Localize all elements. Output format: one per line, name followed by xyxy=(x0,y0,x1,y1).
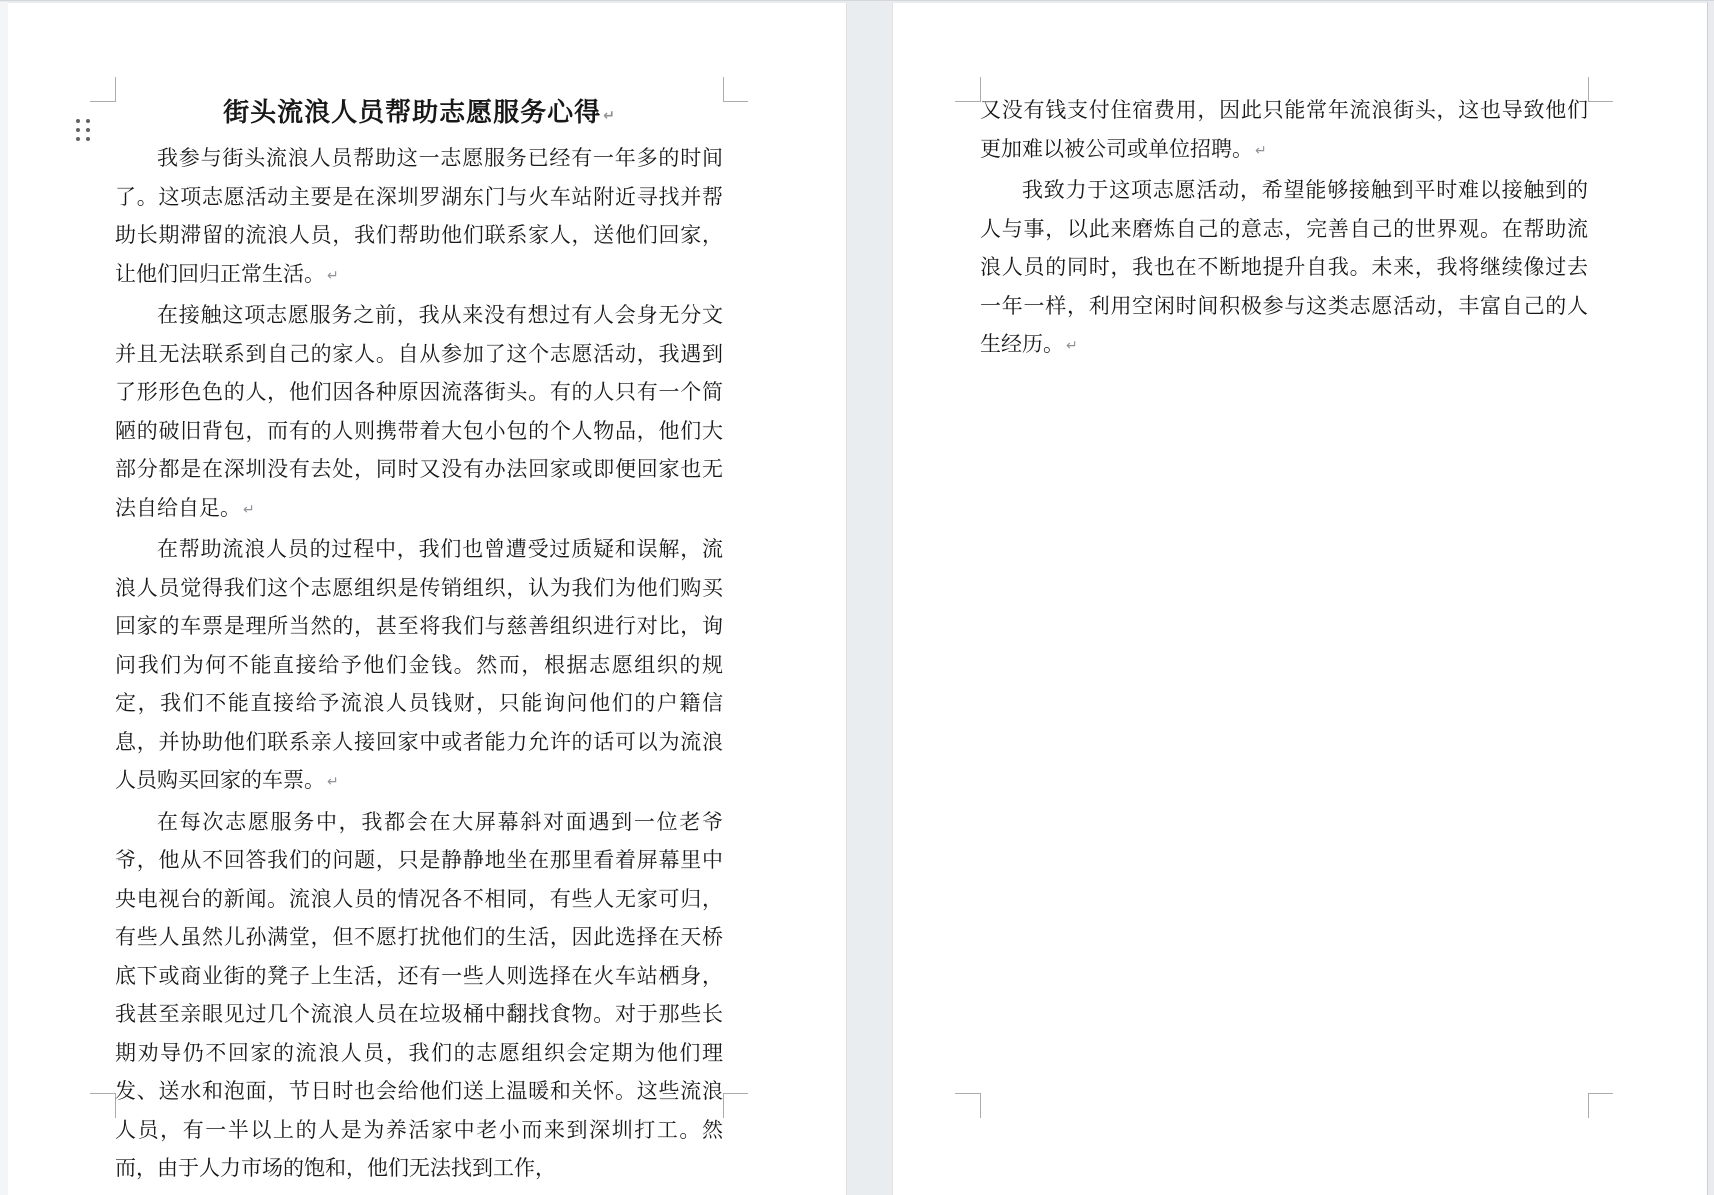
paragraph[interactable]: 我致力于这项志愿活动，希望能够接触到平时难以接触到的人与事，以此来磨炼自己的意志… xyxy=(980,171,1588,367)
editor-canvas: 街头流浪人员帮助志愿服务心得↵ 我参与街头流浪人员帮助这一志愿服务已经有一年多的… xyxy=(0,0,1714,1195)
paragraph-mark-icon: ↵ xyxy=(603,94,615,138)
paragraph-mark-icon: ↵ xyxy=(1255,132,1267,171)
crop-mark xyxy=(1588,101,1613,102)
crop-mark xyxy=(90,101,115,102)
crop-mark xyxy=(980,1093,981,1118)
paragraph[interactable]: 在每次志愿服务中，我都会在大屏幕斜对面遇到一位老爷爷，他从不回答我们的问题，只是… xyxy=(115,803,723,1188)
crop-mark xyxy=(1588,77,1589,102)
crop-mark xyxy=(723,1093,724,1118)
page-1-paragraphs: 我参与街头流浪人员帮助这一志愿服务已经有一年多的时间了。这项志愿活动主要是在深圳… xyxy=(115,139,723,1188)
crop-mark xyxy=(723,101,748,102)
paragraph-text: 在每次志愿服务中，我都会在大屏幕斜对面遇到一位老爷爷，他从不回答我们的问题，只是… xyxy=(115,810,723,1181)
paragraph-text: 又没有钱支付住宿费用，因此只能常年流浪街头，这也导致他们更加难以被公司或单位招聘… xyxy=(980,98,1588,161)
document-title-text: 街头流浪人员帮助志愿服务心得 xyxy=(223,98,601,127)
canvas-left-edge xyxy=(0,2,8,1195)
page-2-text-area[interactable]: 又没有钱支付住宿费用，因此只能常年流浪街头，这也导致他们更加难以被公司或单位招聘… xyxy=(980,91,1588,367)
paragraph[interactable]: 在接触这项志愿服务之前，我从来没有想过有人会身无分文并且无法联系到自己的家人。自… xyxy=(115,296,723,530)
crop-mark xyxy=(1588,1093,1613,1094)
crop-mark xyxy=(723,1093,748,1094)
page-1-text-area[interactable]: 街头流浪人员帮助志愿服务心得↵ 我参与街头流浪人员帮助这一志愿服务已经有一年多的… xyxy=(115,91,723,1188)
page-1[interactable]: 街头流浪人员帮助志愿服务心得↵ 我参与街头流浪人员帮助这一志愿服务已经有一年多的… xyxy=(8,3,846,1195)
paragraph-mark-icon: ↵ xyxy=(243,491,255,530)
paragraph-text: 在帮助流浪人员的过程中，我们也曾遭受过质疑和误解，流浪人员觉得我们这个志愿组织是… xyxy=(115,537,723,792)
paragraph-text: 在接触这项志愿服务之前，我从来没有想过有人会身无分文并且无法联系到自己的家人。自… xyxy=(115,303,723,520)
scrollbar-track[interactable] xyxy=(1707,2,1714,1195)
crop-mark xyxy=(955,101,980,102)
paragraph[interactable]: 我参与街头流浪人员帮助这一志愿服务已经有一年多的时间了。这项志愿活动主要是在深圳… xyxy=(115,139,723,296)
paragraph-mark-icon: ↵ xyxy=(327,257,339,296)
crop-mark xyxy=(1588,1093,1589,1118)
paragraph-mark-icon: ↵ xyxy=(1066,327,1078,366)
crop-mark xyxy=(955,1093,980,1094)
paragraph-text: 我参与街头流浪人员帮助这一志愿服务已经有一年多的时间了。这项志愿活动主要是在深圳… xyxy=(115,146,723,286)
crop-mark xyxy=(90,1093,115,1094)
crop-mark xyxy=(723,77,724,102)
page-2-paragraphs: 又没有钱支付住宿费用，因此只能常年流浪街头，这也导致他们更加难以被公司或单位招聘… xyxy=(980,91,1588,367)
paragraph[interactable]: 又没有钱支付住宿费用，因此只能常年流浪街头，这也导致他们更加难以被公司或单位招聘… xyxy=(980,91,1588,171)
paragraph[interactable]: 在帮助流浪人员的过程中，我们也曾遭受过质疑和误解，流浪人员觉得我们这个志愿组织是… xyxy=(115,530,723,803)
page-2[interactable]: 又没有钱支付住宿费用，因此只能常年流浪街头，这也导致他们更加难以被公司或单位招聘… xyxy=(893,3,1707,1195)
document-title[interactable]: 街头流浪人员帮助志愿服务心得↵ xyxy=(115,91,723,139)
block-drag-handle-icon[interactable] xyxy=(74,117,92,143)
paragraph-mark-icon: ↵ xyxy=(327,763,339,802)
